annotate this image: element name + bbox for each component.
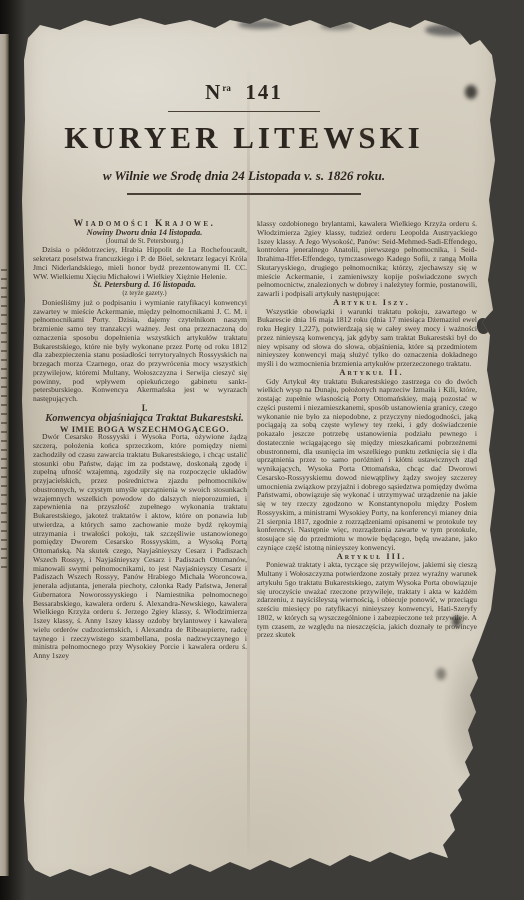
left-column: Wiadomości Krajowe. Nowiny Dworu dnia 14… — [33, 220, 247, 661]
adjacent-page-edge — [0, 34, 9, 876]
dark-speck — [436, 668, 446, 680]
body-paragraph: Dzisia o półdotrzeciey, Hrabia Hippolit … — [33, 246, 247, 281]
treaty-section-numeral: I. — [33, 404, 247, 413]
body-paragraph: Dwór Cesarsko Rossyyski i Wysoka Porta, … — [33, 433, 247, 661]
body-paragraph: Gdy Artykuł 4ty traktatu Bukarestskiego … — [257, 378, 477, 553]
newspaper-title: KURYER LITEWSKI — [30, 120, 458, 156]
scan-background: Nra 141 KURYER LITEWSKI w Wilnie we Srod… — [0, 0, 524, 900]
dark-speck — [465, 85, 477, 99]
subheading-petersburg: St. Petersburg d. 16 listopada. — [33, 281, 247, 290]
ink-stain — [238, 20, 283, 29]
adjacent-page-text-lines — [1, 269, 7, 569]
body-paragraph: Ponieważ traktaty i akta, tyczące się pr… — [257, 561, 477, 640]
newspaper-page: Nra 141 KURYER LITEWSKI w Wilnie we Srod… — [18, 8, 502, 892]
dark-speck — [452, 616, 461, 627]
torn-edge-fibers — [442, 636, 512, 796]
treaty-title: Konwencya objaśniająca Traktat Bukarests… — [33, 413, 247, 425]
masthead: Nra 141 KURYER LITEWSKI w Wilnie we Srod… — [30, 8, 458, 195]
body-paragraph: Wszystkie obowiązki i warunki traktatu p… — [257, 308, 477, 369]
ink-stain — [425, 24, 470, 36]
foxing-spot — [358, 128, 374, 137]
body-paragraph: Donieśliśmy już o podpisaniu i wymianie … — [33, 299, 247, 404]
issue-number: Nra 141 — [30, 80, 458, 105]
foxing-spot — [88, 528, 106, 538]
hole-in-paper — [477, 318, 490, 334]
masthead-rule-top — [168, 111, 320, 112]
subheading-nowiny-dworu: Nowiny Dworu dnia 14 listopada. — [33, 229, 247, 238]
body-paragraph: klassy ozdobionego brylantami, kawalera … — [257, 220, 477, 299]
dateline: w Wilnie we Srodę dnia 24 Listopada v. s… — [30, 168, 458, 184]
ink-stain — [320, 22, 355, 30]
masthead-rule-bottom — [127, 193, 361, 195]
center-fold-crease — [247, 63, 250, 863]
right-column: klassy ozdobionego brylantami, kawalera … — [257, 220, 477, 640]
